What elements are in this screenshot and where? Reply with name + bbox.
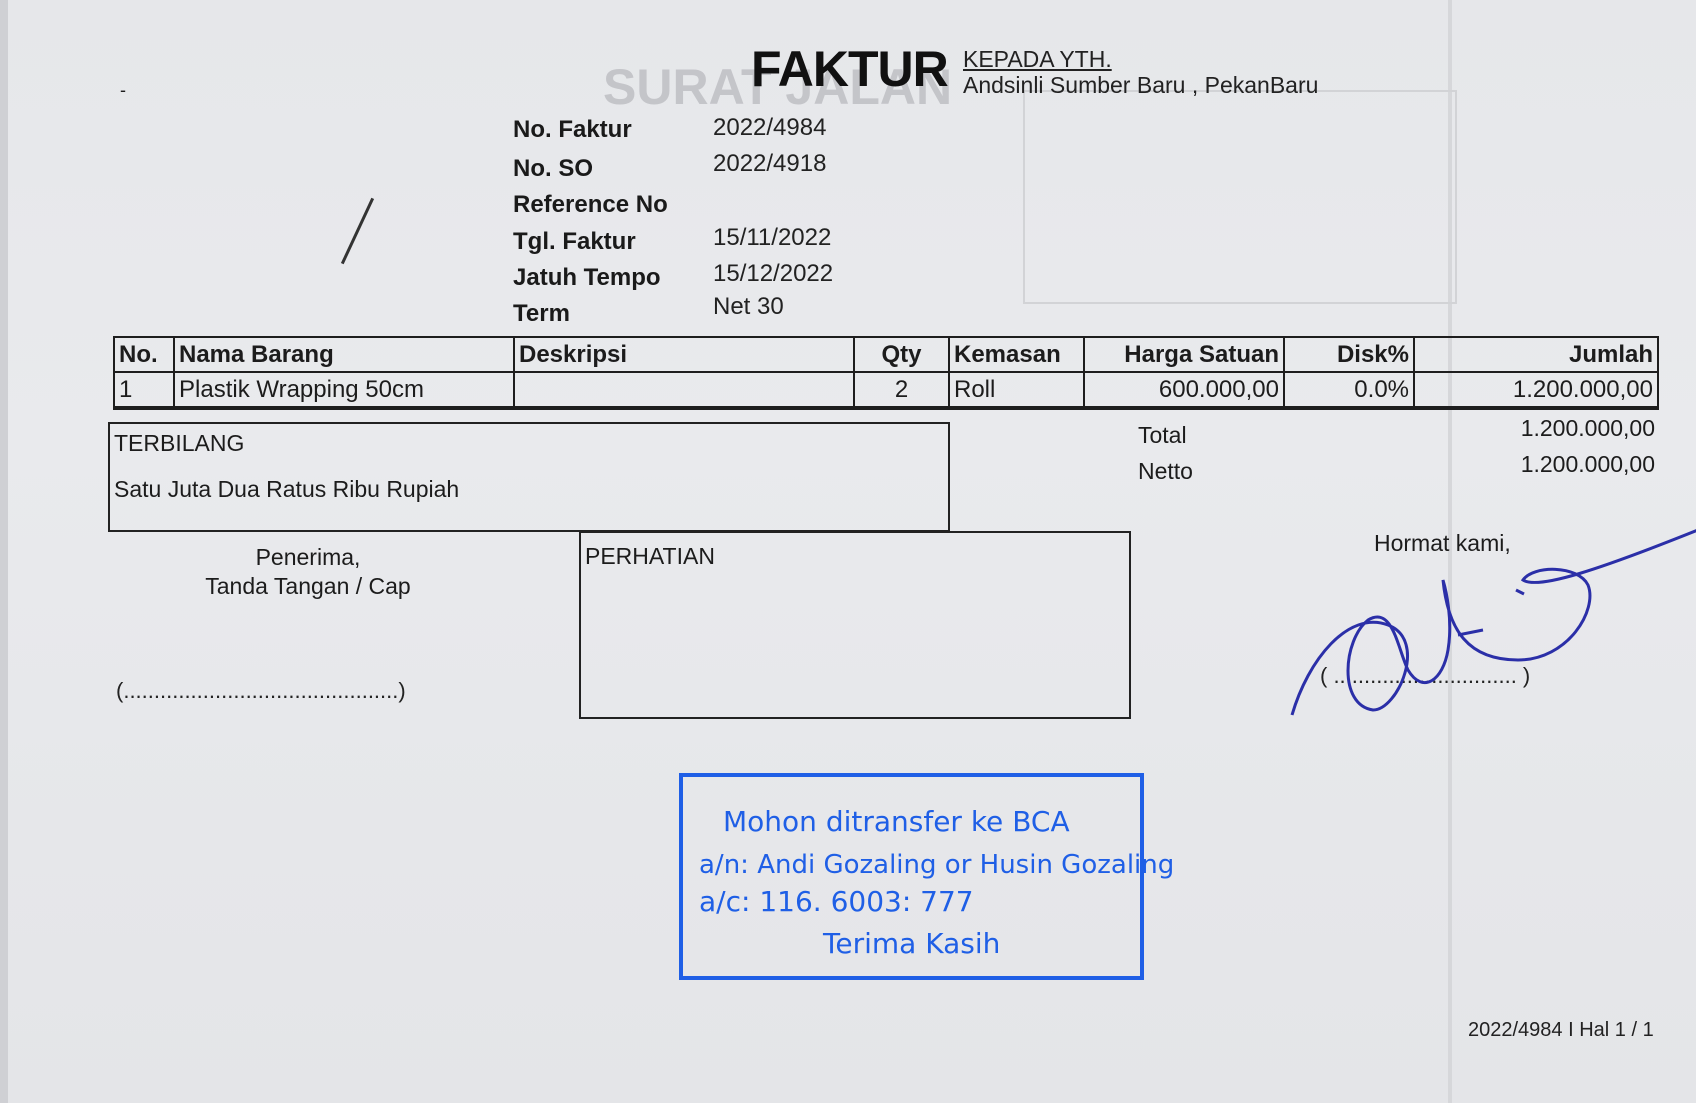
cell-jumlah: 1.200.000,00 [1414, 372, 1658, 408]
meta-label-no-so: No. SO [513, 155, 593, 183]
terbilang-label: TERBILANG [114, 430, 244, 457]
meta-value-no-so: 2022/4918 [713, 150, 826, 178]
meta-label-term: Term [513, 300, 570, 328]
col-qty: Qty [854, 337, 949, 372]
cell-disk: 0.0% [1284, 372, 1414, 408]
attention-label: PERHATIAN [585, 543, 715, 570]
netto-label: Netto [1138, 458, 1193, 485]
recipient-name: Andsinli Sumber Baru , PekanBaru [963, 72, 1318, 99]
stamp-line4: Terima Kasih [823, 927, 1000, 960]
receiver-line1: Penerima, [178, 543, 438, 572]
meta-label-jatuh-tempo: Jatuh Tempo [513, 264, 661, 292]
cell-harga-satuan: 600.000,00 [1084, 372, 1284, 408]
col-deskripsi: Deskripsi [514, 337, 854, 372]
total-label: Total [1138, 422, 1187, 449]
terbilang-box: TERBILANG Satu Juta Dua Ratus Ribu Rupia… [108, 422, 950, 532]
cell-kemasan: Roll [949, 372, 1084, 408]
page-title: FAKTUR [751, 40, 948, 98]
cell-qty: 2 [854, 372, 949, 408]
receiver-signature-label: Penerima, Tanda Tangan / Cap [178, 543, 438, 601]
invoice-paper: SURAT JALAN - FAKTUR KEPADA YTH. Andsinl… [8, 0, 1696, 1103]
attention-box: PERHATIAN [579, 531, 1131, 719]
pen-mark [341, 198, 374, 265]
col-disk: Disk% [1284, 337, 1414, 372]
recipient-heading: KEPADA YTH. [963, 46, 1112, 73]
corner-mark: - [120, 80, 126, 101]
cell-no: 1 [114, 372, 174, 408]
meta-label-no-faktur: No. Faktur [513, 116, 632, 144]
terbilang-text: Satu Juta Dua Ratus Ribu Rupiah [114, 476, 459, 503]
cell-deskripsi [514, 372, 854, 408]
meta-label-reference: Reference No [513, 191, 668, 219]
stamp-line2: a/n: Andi Gozaling or Husin Gozaling [699, 850, 1174, 880]
table-header-row: No. Nama Barang Deskripsi Qty Kemasan Ha… [114, 337, 1658, 372]
stamp-line1: Mohon ditransfer ke BCA [723, 805, 1070, 838]
receiver-line2: Tanda Tangan / Cap [178, 572, 438, 601]
total-value: 1.200.000,00 [1355, 415, 1655, 442]
col-kemasan: Kemasan [949, 337, 1084, 372]
table-row: 1 Plastik Wrapping 50cm 2 Roll 600.000,0… [114, 372, 1658, 408]
col-harga-satuan: Harga Satuan [1084, 337, 1284, 372]
page-info: 2022/4984 I Hal 1 / 1 [1468, 1019, 1654, 1042]
meta-label-tgl-faktur: Tgl. Faktur [513, 228, 636, 256]
items-table: No. Nama Barang Deskripsi Qty Kemasan Ha… [113, 336, 1659, 410]
ghost-box [1023, 90, 1457, 304]
col-nama-barang: Nama Barang [174, 337, 514, 372]
receiver-signature-blank: (.......................................… [116, 678, 406, 704]
col-jumlah: Jumlah [1414, 337, 1658, 372]
stamp-line3: a/c: 116. 6003: 777 [699, 885, 974, 918]
meta-value-no-faktur: 2022/4984 [713, 114, 826, 142]
cell-nama-barang: Plastik Wrapping 50cm [174, 372, 514, 408]
meta-value-tgl-faktur: 15/11/2022 [713, 224, 831, 252]
bank-transfer-stamp: Mohon ditransfer ke BCA a/n: Andi Gozali… [679, 773, 1144, 980]
col-no: No. [114, 337, 174, 372]
meta-value-term: Net 30 [713, 293, 784, 321]
netto-value: 1.200.000,00 [1355, 451, 1655, 478]
meta-value-jatuh-tempo: 15/12/2022 [713, 260, 833, 288]
signature-scribble-icon [1278, 510, 1696, 730]
